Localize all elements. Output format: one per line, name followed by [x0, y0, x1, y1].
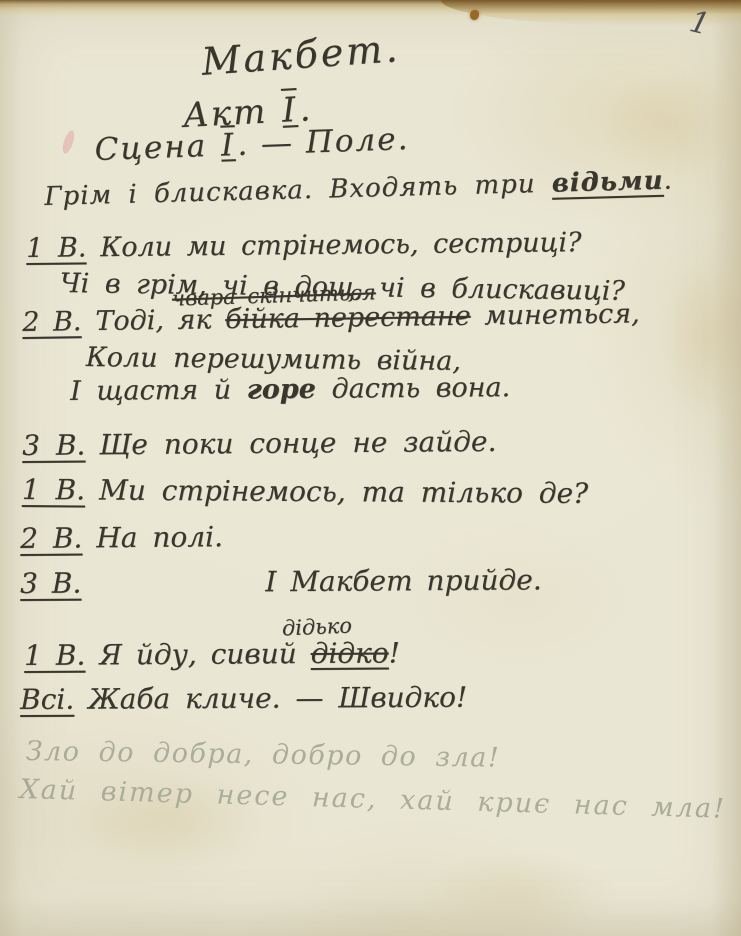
line-text: Жаба кличе. — Швидко!: [88, 681, 467, 716]
line-text: дасть вона.: [316, 372, 510, 405]
stage-direction: Грім і блискавка. Входять три відьми.: [44, 166, 673, 212]
speaker-label: 3 В.: [20, 567, 81, 600]
dialogue-line: 3 В.Ще поки сонце не зайде.: [22, 425, 497, 462]
line-text: На полі.: [96, 520, 223, 554]
manuscript-title: Макбет.: [200, 26, 402, 84]
dialogue-line: 2 В.На полі.: [20, 520, 223, 555]
paper-stain: [600, 70, 740, 180]
dialogue-line: І щастя й горе дасть вона.: [70, 372, 510, 407]
interlinear-insertion: дідько: [281, 614, 352, 641]
line-text: Ще поки сонце не зайде.: [99, 425, 496, 461]
paper-stain: [420, 850, 620, 936]
speaker-label: 1 В.: [24, 639, 85, 672]
dialogue-line: чвара скінчиться2 В.Тоді, як бійка перес…: [22, 298, 640, 338]
scene-place: . — Поле.: [237, 121, 410, 163]
dialogue-line: Коли перешумить війна,: [86, 342, 461, 377]
stage-direction-period: .: [663, 166, 673, 196]
line-text: Коли ми стрінемось, сестриці?: [100, 227, 581, 263]
manuscript-page: 1 Макбет. Акт I. Сцена I. — Поле. Грім і…: [0, 0, 741, 936]
speaker-label: 2 В.: [20, 521, 82, 555]
struck-text: дідко: [311, 636, 389, 670]
speaker-label: 1 В.: [22, 473, 85, 506]
speaker-label: 2 В.: [22, 306, 82, 338]
scene-numeral: I: [218, 127, 237, 164]
pink-mark: [61, 129, 77, 155]
dialogue-line: 3 В.І Макбет прийде.: [20, 563, 542, 600]
line-text: Коли перешумить війна,: [86, 342, 461, 377]
stage-direction-text: Грім і блискавка. Входять три: [44, 169, 552, 212]
faint-pencil-line: Зло до добра, добро до зла!: [26, 736, 501, 774]
scene-label: Сцена: [94, 128, 208, 168]
dialogue-line: Всі.Жаба кличе. — Швидко!: [20, 681, 467, 716]
dialogue-line: 1 В.Ми стрінемось, та тілько де?: [22, 473, 588, 510]
dialogue-line: 1 В.Коли ми стрінемось, сестриці?: [26, 227, 582, 264]
overwritten-word: горе: [247, 374, 317, 406]
speaker-label: 3 В.: [22, 428, 85, 462]
dialogue-line: дідько1 В.Я йду, сивий дідко!: [24, 636, 400, 672]
scene-heading: Сцена I. — Поле.: [94, 121, 410, 168]
line-text: минеться,: [470, 298, 639, 331]
line-text: І щастя й: [70, 374, 247, 407]
line-text: Зло до добра, добро до зла!: [26, 736, 501, 774]
speaker-label: 1 В.: [26, 232, 87, 264]
stage-direction-emphasis: відьми: [551, 166, 664, 199]
line-text: Ми стрінемось, та тілько де?: [99, 474, 588, 510]
line-text: !: [389, 636, 400, 669]
speaker-label: Всі.: [20, 683, 74, 716]
line-text: Я йду, сивий: [99, 637, 311, 671]
paper-stain: [660, 260, 741, 420]
line-text: І Макбет прийде.: [265, 563, 542, 598]
